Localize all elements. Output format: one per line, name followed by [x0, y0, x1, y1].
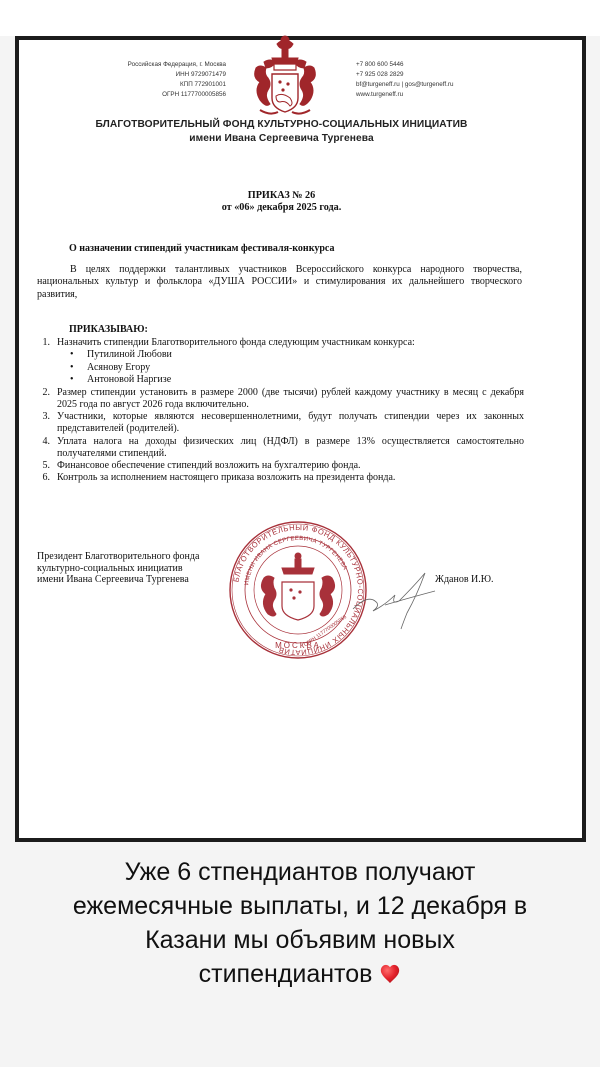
letterhead-requisites: Российская Федерация, г. Москва ИНН 9729…: [98, 60, 226, 100]
recipients-list: Путилиной Любови Асянову Егору Антоновой…: [36, 349, 524, 387]
caption-line-last: стипендиантов: [0, 957, 600, 991]
item-text: Участники, которые являются несовершенно…: [57, 411, 524, 434]
order-preamble: В целях поддержки талантливых участников…: [37, 264, 522, 301]
recipient: Антоновой Наргизе: [70, 374, 524, 387]
order-item-6: 6. Контроль за исполнением настоящего пр…: [36, 472, 524, 484]
letterhead-contacts: +7 800 600 5446 +7 925 028 2829 bf@turge…: [356, 60, 496, 100]
item-number: 1.: [36, 337, 50, 349]
item-number: 5.: [36, 460, 50, 472]
signatory-position: Президент Благотворительного фонда культ…: [37, 551, 199, 586]
organization-name: БЛАГОТВОРИТЕЛЬНЫЙ ФОНД КУЛЬТУРНО-СОЦИАЛЬ…: [0, 118, 563, 146]
signatory-position-line: Президент Благотворительного фонда: [37, 551, 199, 563]
order-item-5: 5. Финансовое обеспечение стипендий возл…: [36, 460, 524, 472]
item-number: 2.: [36, 387, 50, 399]
item-text: Размер стипендии установить в размере 20…: [57, 387, 524, 410]
order-header: ПРИКАЗ № 26 от «06» декабря 2025 года.: [0, 190, 563, 214]
letterhead-inn: ИНН 9729071479: [98, 70, 226, 80]
letterhead-kpp: КПП 772901001: [98, 80, 226, 90]
order-items: 1. Назначить стипендии Благотворительног…: [36, 337, 524, 484]
phone-2: +7 925 028 2829: [356, 70, 496, 80]
signatory-position-line: имени Ивана Сергеевича Тургенева: [37, 574, 199, 586]
item-number: 4.: [36, 436, 50, 448]
handwritten-signature-icon: [345, 565, 445, 635]
orders-heading: ПРИКАЗЫВАЮ:: [69, 324, 148, 335]
organization-name-line2: имени Ивана Сергеевича Тургенева: [0, 132, 563, 146]
order-item-2: 2. Размер стипендии установить в размере…: [36, 387, 524, 411]
item-number: 6.: [36, 472, 50, 484]
story-caption: Уже 6 стпендиантов получают ежемесячные …: [0, 855, 600, 991]
signatory-name: Жданов И.Ю.: [435, 574, 494, 585]
letterhead-ogrn: ОГРН 1177700005856: [98, 90, 226, 100]
recipient: Путилиной Любови: [70, 349, 524, 362]
emails: bf@turgeneff.ru | gos@turgeneff.ru: [356, 80, 496, 90]
coat-of-arms-icon: [250, 34, 320, 122]
order-title: ПРИКАЗ № 26: [0, 190, 563, 202]
item-text: Контроль за исполнением настоящего прика…: [57, 472, 395, 483]
order-date: от «06» декабря 2025 года.: [0, 202, 563, 214]
website: www.turgeneff.ru: [356, 90, 496, 100]
caption-line: Казани мы объявим новых: [0, 923, 600, 957]
organization-name-line1: БЛАГОТВОРИТЕЛЬНЫЙ ФОНД КУЛЬТУРНО-СОЦИАЛЬ…: [0, 118, 563, 132]
item-text: Финансовое обеспечение стипендий возложи…: [57, 460, 361, 471]
order-item-4: 4. Уплата налога на доходы физических ли…: [36, 436, 524, 460]
item-text: Уплата налога на доходы физических лиц (…: [57, 436, 524, 459]
caption-line: стипендиантов: [199, 960, 373, 988]
red-heart-icon: [379, 963, 401, 985]
caption-line: Уже 6 стпендиантов получают: [0, 855, 600, 889]
item-text: Назначить стипендии Благотворительного ф…: [57, 337, 415, 348]
order-subject: О назначении стипендий участникам фестив…: [69, 243, 334, 254]
recipient: Асянову Егору: [70, 362, 524, 375]
letterhead-address: Российская Федерация, г. Москва: [98, 60, 226, 70]
caption-line: ежемесячные выплаты, и 12 декабря в: [0, 889, 600, 923]
item-number: 3.: [36, 411, 50, 423]
order-item-1: 1. Назначить стипендии Благотворительног…: [36, 337, 524, 349]
signatory-position-line: культурно-социальных инициатив: [37, 563, 199, 575]
order-item-3: 3. Участники, которые являются несоверше…: [36, 411, 524, 435]
phone-1: +7 800 600 5446: [356, 60, 496, 70]
top-background: [0, 0, 600, 36]
